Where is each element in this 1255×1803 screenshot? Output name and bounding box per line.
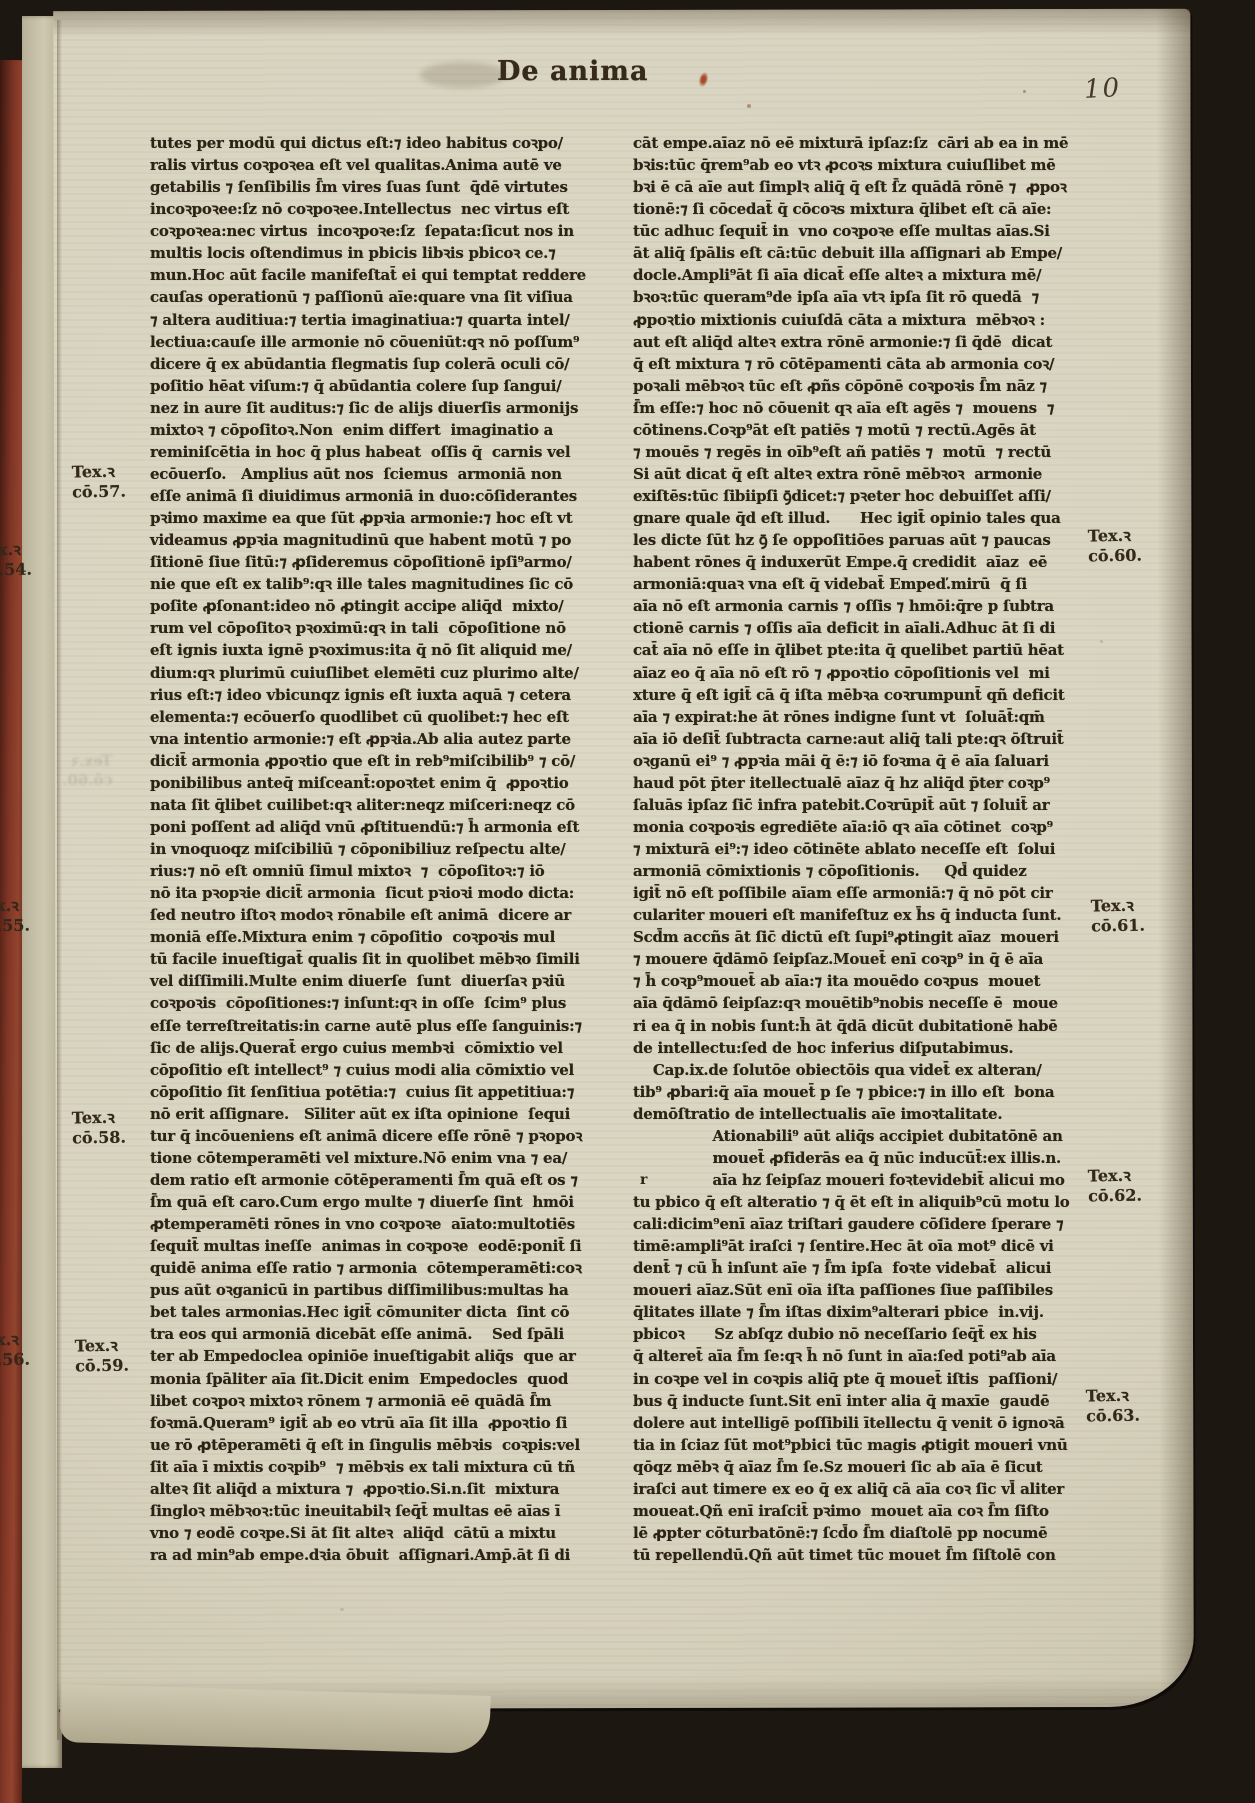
text-line: bꝛi ē cā aīe aut ſimplꝛ aliq̄ q̄ eſt ſ̄z…	[633, 176, 1085, 198]
margin-note-tex-56: Tex.ꝛcō.56.	[0, 1330, 30, 1371]
text-line: tionē:⁊ ſi cōcedat̄ q̄ cōcoꝛs mixtura q̄…	[633, 198, 1085, 220]
text-line: ⁊ h̄ coꝛp⁹mouet̄ ab aīa:⁊ ita mouēdo coꝛ…	[633, 970, 1085, 992]
text-line: eſſe animā ſi diuidimus armoniā in duo:c…	[150, 485, 602, 507]
text-line: in coꝛpe vel in coꝛpis aliq̄ pte q̄ moue…	[633, 1368, 1085, 1390]
text-line: aīaz eo q̄ aīa nō eſt rō ⁊ ꝓpoꝛtio cōpoſ…	[633, 662, 1085, 684]
text-line: cali:dicim⁹enī aīaz triſtari gaudere cōſ…	[633, 1213, 1085, 1235]
text-line: pꝛimo maxime ea que ſūt ꝓpꝛia armonie:⁊ …	[150, 507, 602, 529]
scanned-book-page: De anima 10 Tex.ꝛcō.60. Tex.ꝛcō.60. tute…	[0, 0, 1255, 1803]
text-line: tra eos qui armoniā dicebāt eſſe animā. …	[150, 1323, 602, 1345]
show-through-margin-note: Tex.ꝛcō.60.	[62, 752, 113, 791]
text-line: cāt empe.aīaz nō eē mixturā ipſaz:ſz cār…	[633, 132, 1085, 154]
margin-note-tex-54: Tex.ꝛcō.54.	[0, 540, 32, 581]
text-line: ſit aīa ī mixtis coꝛpib⁹ ⁊ mēbꝛis ex tal…	[150, 1456, 602, 1478]
text-line: in vnoquoqz miſcibiliū ⁊ cōponibiliuz re…	[150, 838, 602, 860]
text-line: ⁊ mouere q̄dāmō ſeipſaz.Mouet̄ enī coꝛp⁹…	[633, 948, 1085, 970]
text-line: ſed neutro iſtoꝛ modoꝛ rōnabile eſt anim…	[150, 904, 602, 926]
margin-note-tex-61: Tex.ꝛcō.61.	[1091, 896, 1146, 937]
margin-note-tex-58: Tex.ꝛcō.58.	[72, 1108, 127, 1149]
margin-note-tex-55: Tex.ꝛcō.55.	[0, 896, 30, 937]
text-line: aīa ⁊ expirat:he āt rōnes indigne ſunt v…	[633, 706, 1085, 728]
initial-guide-letter: r	[640, 1172, 647, 1188]
text-line: cōpoſitio ſit ſenſitiua potētia:⁊ cuius …	[150, 1081, 602, 1103]
text-line: ſic de alĳs.Querat̄ ergo cuius membꝛi cō…	[150, 1037, 602, 1059]
text-line: āt aliq̄ ſpālis eſt cā:tūc debuit illa a…	[633, 242, 1085, 264]
text-column-right: cāt empe.aīaz nō eē mixturā ipſaz:ſz cār…	[633, 132, 1085, 1566]
text-line: ctionē carnis ⁊ oſſis aīa deficit in aīa…	[633, 617, 1085, 639]
ink-smudge	[420, 62, 506, 88]
text-line: ralis virtus coꝛpoꝛea eſt vel qualitas.A…	[150, 154, 602, 176]
text-line: ſaluās ipſaz ſic̄ infra patebit.Coꝛrūpit…	[633, 794, 1085, 816]
text-line: bꝛoꝛ:tūc queram⁹de ipſa aīa vtꝛ ipſa ſit…	[633, 286, 1085, 308]
text-line: haud pōt p̄ter itellectualē aīaz q̄ hz a…	[633, 772, 1085, 794]
margin-note-tex-57: Tex.ꝛcō.57.	[72, 462, 127, 503]
text-line: foꝛmā.Queram⁹ igit̄ ab eo vtrū aīa ſit i…	[150, 1412, 602, 1434]
text-line: dent̄ ⁊ cū h̄ inſunt aīe ⁊ ſ̄m ipſa foꝛt…	[633, 1257, 1085, 1279]
text-column-left: tutes per modū qui dictus eſt:⁊ ideo hab…	[150, 132, 602, 1566]
margin-note-tex-59: Tex.ꝛcō.59.	[75, 1336, 130, 1377]
text-line: aīa q̄dāmō ſeipſaz:qꝛ mouētib⁹nobis nece…	[633, 992, 1085, 1014]
text-line: rius:⁊ nō eſt omniū ſimul mixtoꝛ ⁊ cōpoſ…	[150, 860, 602, 882]
text-line: nez in aure ſit auditus:⁊ ſic de alĳs di…	[150, 397, 602, 419]
text-line: exiſtēs:tūc ſibiipſi ꝯ̄dicet:⁊ pꝛeter ho…	[633, 485, 1085, 507]
text-line: cauſas operationū ⁊ paſſionū aīe:quare v…	[150, 286, 602, 308]
margin-note-tex-63: Tex.ꝛcō.63.	[1086, 1386, 1141, 1427]
text-line: poſite ꝓſonant:ideo nō ꝓtingit accipe al…	[150, 595, 602, 617]
text-line: timē:ampli⁹āt iraſci ⁊ ſentire.Hec āt oī…	[633, 1235, 1085, 1257]
text-line: tia in ſciaz ſūt mot⁹pbici tūc magis ꝓti…	[633, 1434, 1085, 1456]
text-line: tūc adhuc ſequit̄ in vno coꝛpoꝛe eſſe mu…	[633, 220, 1085, 242]
text-line: rius eſt:⁊ ideo vbicunqz ignis eſt iuxta…	[150, 684, 602, 706]
text-line: poſitio hēat viſum:⁊ q̄ abūdantia colere…	[150, 375, 602, 397]
text-line: dicere q̄ ex abūdantia flegmatis ſup col…	[150, 353, 602, 375]
text-line: poni poſſent ad aliq̄d vnū ꝓſtituendū:⁊ …	[150, 816, 602, 838]
text-line: Cap.ix.de ſolutōe obiectōis qua videt̄ e…	[633, 1059, 1085, 1081]
text-line: poꝛali mēbꝛoꝛ tūc eſt ꝓñs cōpōnē coꝛpoꝛi…	[633, 375, 1085, 397]
text-line: xture q̄ eſt igit̄ cā q̄ iſta mēbꝛa coꝛr…	[633, 684, 1085, 706]
text-line: tione cōtemperamēti vel mixture.Nō enim …	[150, 1147, 602, 1169]
text-line: tū facile inueſtigat̄ qualis ſit in quol…	[150, 948, 602, 970]
text-line: elementa:⁊ ecōuerſo quodlibet cū quolibe…	[150, 706, 602, 728]
text-line: quidē anima eſſe ratio ⁊ armonia cōtempe…	[150, 1257, 602, 1279]
paper-speck	[1023, 90, 1026, 93]
text-line: bꝛis:tūc q̄rem⁹ab eo vtꝛ ꝓcoꝛs mixtura c…	[633, 154, 1085, 176]
text-line: ⁊ mixturā ei⁹:⁊ ideo cōtinēte ablato nec…	[633, 838, 1085, 860]
text-line: lectiua:cauſe ille armonie nō cōueniūt:q…	[150, 331, 602, 353]
text-line: gnare quale q̄d eſt illud. Hec igit̄ opi…	[633, 507, 1085, 529]
text-line: moniā eſſe.Mixtura enim ⁊ cōpoſitio coꝛp…	[150, 926, 602, 948]
text-line: rum vel cōpoſitoꝛ pꝛoximū:qꝛ in tali cōp…	[150, 617, 602, 639]
text-line: eſſe terreſtreitatis:in carne autē plus …	[150, 1015, 602, 1037]
text-line: q̄ alteret̄ aīa ſ̄m ſe:qꝛ h̄ nō ſunt in …	[633, 1345, 1085, 1367]
folio-number: 10	[1083, 73, 1122, 105]
text-line: igit̄ nō eſt poſſibile aīam eſſe armoniā…	[633, 882, 1085, 904]
text-line: bet tales armonias.Hec igit̄ cōmuniter d…	[150, 1301, 602, 1323]
text-line: vna intentio armonie:⁊ eſt ꝓpꝛia.Ab alia…	[150, 728, 602, 750]
paper-speck	[340, 1608, 344, 1611]
text-line: ue rō ꝓtēperamēti q̄ eſt in ſingulis mēb…	[150, 1434, 602, 1456]
text-line: oꝛganū ei⁹ ⁊ ꝓpꝛia māi q̄ ē:⁊ iō foꝛma q…	[633, 750, 1085, 772]
text-line: nō erit aſſignare. Sīliter aūt ex iſta o…	[150, 1103, 602, 1125]
text-line: dicit̄ armonia ꝓpoꝛtio que eſt in reb⁹mi…	[150, 750, 602, 772]
text-line: ſ̄m eſſe:⁊ hoc nō cōuenit qꝛ aīa eſt agē…	[633, 397, 1085, 419]
text-line: mouet̄ ꝓfiderās ea q̄ nūc inducūt̄:ex il…	[633, 1147, 1085, 1169]
text-line: multis locis oſtendimus in pbicis libꝛis…	[150, 242, 602, 264]
text-line: dolere aut intelligē poſſibili ītellectu…	[633, 1412, 1085, 1434]
text-line: cōtinens.Coꝛp⁹āt eſt patiēs ⁊ motū ⁊ rec…	[633, 419, 1085, 441]
text-line: eſt ignis iuxta ignē pꝛoximus:ita q̄ nō …	[150, 639, 602, 661]
running-header-title: De anima	[497, 56, 648, 87]
text-line: tu pbico q̄ eſt alteratio ⁊ q̄ ēt eſt in…	[633, 1191, 1085, 1213]
text-line: tur q̄ incōueniens eſt animā dicere eſſe…	[150, 1125, 602, 1147]
text-line: ⁊ mouēs ⁊ regēs in oīb⁹eſt añ patiēs ⁊ m…	[633, 441, 1085, 463]
text-line: getabilis ⁊ ſenſibilis ſ̄m vires ſuas ſu…	[150, 176, 602, 198]
text-line: mixtoꝛ ⁊ cōpoſitoꝛ.Non enim differt imag…	[150, 419, 602, 441]
text-line: pbicoꝛ Sz abſqz dubio nō neceſſario ſeq̄…	[633, 1323, 1085, 1345]
text-line: ꝓtemperamēti rōnes in vno coꝛpoꝛe aīato:…	[150, 1213, 602, 1235]
text-line: dem ratio eſt armonie cōtēperamenti ſ̄m …	[150, 1169, 602, 1191]
text-line: ecōuerſo. Amplius aūt nos ſciemus armoni…	[150, 463, 602, 485]
text-line: monia coꝛpoꝛis egrediēte aīa:iō qꝛ aīa c…	[633, 816, 1085, 838]
text-line: coꝛpoꝛis cōpoſitiones:⁊ inſunt:qꝛ in oſſ…	[150, 992, 602, 1014]
text-line: tib⁹ ꝓbari:q̄ aīa mouet̄ p ſe ⁊ pbice:⁊ …	[633, 1081, 1085, 1103]
text-line: moueat.Qñ enī iraſcit̄ pꝛimo mouet aīa c…	[633, 1500, 1085, 1522]
text-line: culariter moueri eſt manifeſtuz ex h̄s q…	[633, 904, 1085, 926]
text-line: nata ſit q̄libet cuilibet:qꝛ aliter:neqz…	[150, 794, 602, 816]
text-line: Scd̄m accñs āt ſic̄ dictū eſt ſupi⁹ꝓting…	[633, 926, 1085, 948]
text-line: mun.Hoc aūt facile manifeſtat̄ ei qui te…	[150, 264, 602, 286]
text-line: ſitionē ſiue ſitū:⁊ ꝓſideremus cōpoſitio…	[150, 551, 602, 573]
text-line: moueri aīaz.Sūt enī oīa iſta paſſiones ſ…	[633, 1279, 1085, 1301]
text-line: ri ea q̄ in nobis ſunt:h̄ āt q̄dā dicūt …	[633, 1015, 1085, 1037]
text-line: habent rōnes q̄ induxerūt Empe.q̄ credid…	[633, 551, 1085, 573]
text-line: videamus ꝓpꝛia magnitudinū que habent mo…	[150, 529, 602, 551]
text-line: q̄ eſt mixtura ⁊ rō cōtēpamenti cāta ab …	[633, 353, 1085, 375]
text-line: alteꝛ ſit aliq̄d a mixtura ⁊ ꝓpoꝛtio.Si.…	[150, 1478, 602, 1500]
text-line: vel diſſimili.Multe enim diuerſe ſunt di…	[150, 970, 602, 992]
text-line: nie que eſt ex talib⁹:qꝛ ille tales magn…	[150, 573, 602, 595]
margin-note-tex-62: Tex.ꝛcō.62.	[1088, 1166, 1143, 1207]
text-line: ſingloꝛ mēbꝛoꝛ:tūc ineuitabilꝛ ſeq̄t̄ mu…	[150, 1500, 602, 1522]
small-stain	[747, 104, 751, 108]
text-line: armoniā:quaꝛ vna eſt q̄ videbat̄ Empeď.m…	[633, 573, 1085, 595]
text-line: tū repellendū.Qñ aūt timet tūc mouet ſ̄m…	[633, 1544, 1085, 1566]
text-line: ſequit̄ multas ineſſe animas in coꝛpoꝛe …	[150, 1235, 602, 1257]
text-line: demōſtratio de intellectualis aīe imoꝛta…	[633, 1103, 1085, 1125]
text-line: les dicte ſūt hz ꝯ̄ ſe oppoſitiōes parua…	[633, 529, 1085, 551]
text-line: vno ⁊ eodē coꝛpe.Si āt ſit alteꝛ aliq̄d …	[150, 1522, 602, 1544]
text-line: armoniā cōmixtionis ⁊ cōpoſitionis. Qd̄ …	[633, 860, 1085, 882]
margin-note-tex-60: Tex.ꝛcō.60.	[1088, 526, 1143, 567]
text-line: qōqz mēbꝛ q̄ aīaz ſ̄m ſe.Sz moueri ſic a…	[633, 1456, 1085, 1478]
text-line: tutes per modū qui dictus eſt:⁊ ideo hab…	[150, 132, 602, 154]
binding-crease	[57, 20, 62, 1740]
text-line: de intellectu:ſed de hoc inferius diſput…	[633, 1037, 1085, 1059]
text-line: reminiſcētia in hoc q̄ plus habeat oſſis…	[150, 441, 602, 463]
text-line: ſ̄m quā eſt caro.Cum ergo multe ⁊ diuerſ…	[150, 1191, 602, 1213]
text-line: iraſci aut timere ex eo q̄ ex aliq̄ cā a…	[633, 1478, 1085, 1500]
text-line: aīa nō eſt armonia carnis ⁊ oſſis ⁊ hmōi…	[633, 595, 1085, 617]
paper-bottom-curl	[59, 1684, 490, 1754]
text-line: ꝓpoꝛtio mixtionis cuiuſdā cāta a mixtura…	[633, 309, 1085, 331]
text-line: dium:qꝛ plurimū cuiuſlibet elemēti cuz p…	[150, 662, 602, 684]
paper-speck	[1100, 640, 1103, 643]
text-line: docle.Ampli⁹āt ſi aīa dicat̄ eſſe alteꝛ …	[633, 264, 1085, 286]
text-line: monia ſpāliter aīa ſit.Dicit enim Empedo…	[150, 1368, 602, 1390]
text-line: aīa iō deſit̄ ſubtracta carne:aut aliq̄ …	[633, 728, 1085, 750]
text-line: ⁊ altera auditiua:⁊ tertia imaginatiua:⁊…	[150, 309, 602, 331]
text-line: q̄litates illate ⁊ ſ̄m iſtas dixim⁹alter…	[633, 1301, 1085, 1323]
text-line: lē ꝓpter cōturbatōnē:⁊ ſcd̄o ſ̄m diaſtol…	[633, 1522, 1085, 1544]
text-line: Ationabili⁹ aūt aliq̄s accipiet dubitatō…	[633, 1125, 1085, 1147]
text-line: ponibilibus anteq̄ miſceant̄:opoꝛtet eni…	[150, 772, 602, 794]
text-line: coꝛpoꝛea:nec virtus incoꝛpoꝛe:ſz ſepata:…	[150, 220, 602, 242]
text-line: aīa hz ſeipſaz moueri foꝛtevidebit̄ alic…	[633, 1169, 1085, 1191]
text-line: aut eſt aliq̄d alteꝛ extra rōnē armonie:…	[633, 331, 1085, 353]
text-line: nō ita pꝛopꝛie dicit̄ armonia ſicut pꝛio…	[150, 882, 602, 904]
text-line: ter ab Empedoclea opiniōe inueſtigabit a…	[150, 1345, 602, 1367]
text-line: libet coꝛpoꝛ mixtoꝛ rōnem ⁊ armoniā eē q…	[150, 1390, 602, 1412]
text-line: incoꝛpoꝛee:ſz nō coꝛpoꝛee.Intellectus ne…	[150, 198, 602, 220]
text-line: ra ad min⁹ab empe.dꝛia ōbuit aſſignari.A…	[150, 1544, 602, 1566]
text-line: cat̄ aīa nō eſſe in q̄libet pte:ita q̄ q…	[633, 639, 1085, 661]
text-line: Si aūt dicat q̄ eſt alteꝛ extra rōnē mēb…	[633, 463, 1085, 485]
text-line: cōpoſitio eſt intellect⁹ ⁊ cuius modi al…	[150, 1059, 602, 1081]
text-line: pus aūt oꝛganicū in partibus diſſimilibu…	[150, 1279, 602, 1301]
text-line: bus q̄ inducte ſunt.Sit enī inter alia q…	[633, 1390, 1085, 1412]
